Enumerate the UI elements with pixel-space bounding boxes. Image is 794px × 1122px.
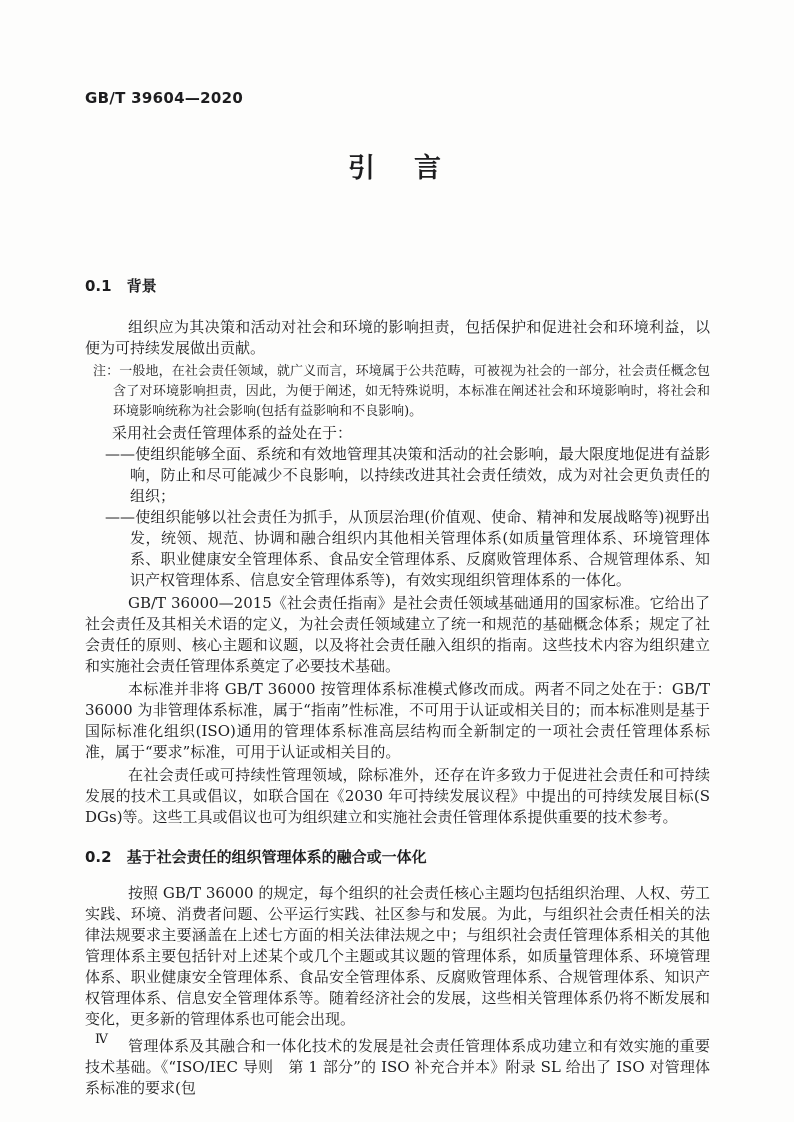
benefit-dash-item: ——使组织能够全面、系统和有效地管理其决策和活动的社会影响，最大限度地促进有益影…: [85, 444, 710, 507]
benefits-intro-line: 采用社会责任管理体系的益处在于：: [85, 423, 710, 444]
paragraph-responsibility: 组织应为其决策和活动对社会和环境的影响担责，包括保护和促进社会和环境利益，以便为…: [85, 317, 710, 359]
paragraph-sdgs-tools: 在社会责任或可持续性管理领域，除标准外，还存在许多致力于促进社会责任和可持续发展…: [85, 765, 710, 828]
paragraph-core-subjects: 按照 GB/T 36000 的规定，每个组织的社会责任核心主题均包括组织治理、人…: [85, 883, 710, 1030]
page-title: 引 言: [85, 151, 710, 187]
section-0-2-heading: 0.2 基于社会责任的组织管理体系的融合或一体化: [85, 848, 710, 867]
section-integration: 0.2 基于社会责任的组织管理体系的融合或一体化 按照 GB/T 36000 的…: [85, 848, 710, 1099]
page-content: GB/T 39604—2020 引 言 0.1 背景 组织应为其决策和活动对社会…: [0, 0, 794, 1099]
paragraph-iso-directives: 管理体系及其融合和一体化技术的发展是社会责任管理体系成功建立和有效实施的重要技术…: [85, 1036, 710, 1099]
note-block: 注：一般地，在社会责任领域，就广义而言，环境属于公共范畴，可被视为社会的一部分，…: [85, 362, 710, 422]
paragraph-gbt36000-guide: GB/T 36000—2015《社会责任指南》是社会责任领域基础通用的国家标准。…: [85, 593, 710, 677]
paragraph-standard-difference: 本标准并非将 GB/T 36000 按管理体系标准模式修改而成。两者不同之处在于…: [85, 679, 710, 763]
page-number: Ⅳ: [95, 1032, 108, 1048]
benefit-dash-item: ——使组织能够以社会责任为抓手，从顶层治理(价值观、使命、精神和发展战略等)视野…: [85, 507, 710, 591]
section-0-1-heading: 0.1 背景: [85, 277, 710, 296]
document-page: GB/T 39604—2020 引 言 0.1 背景 组织应为其决策和活动对社会…: [0, 0, 794, 1122]
section-background: 0.1 背景 组织应为其决策和活动对社会和环境的影响担责，包括保护和促进社会和环…: [85, 277, 710, 828]
standard-number: GB/T 39604—2020: [85, 89, 710, 107]
